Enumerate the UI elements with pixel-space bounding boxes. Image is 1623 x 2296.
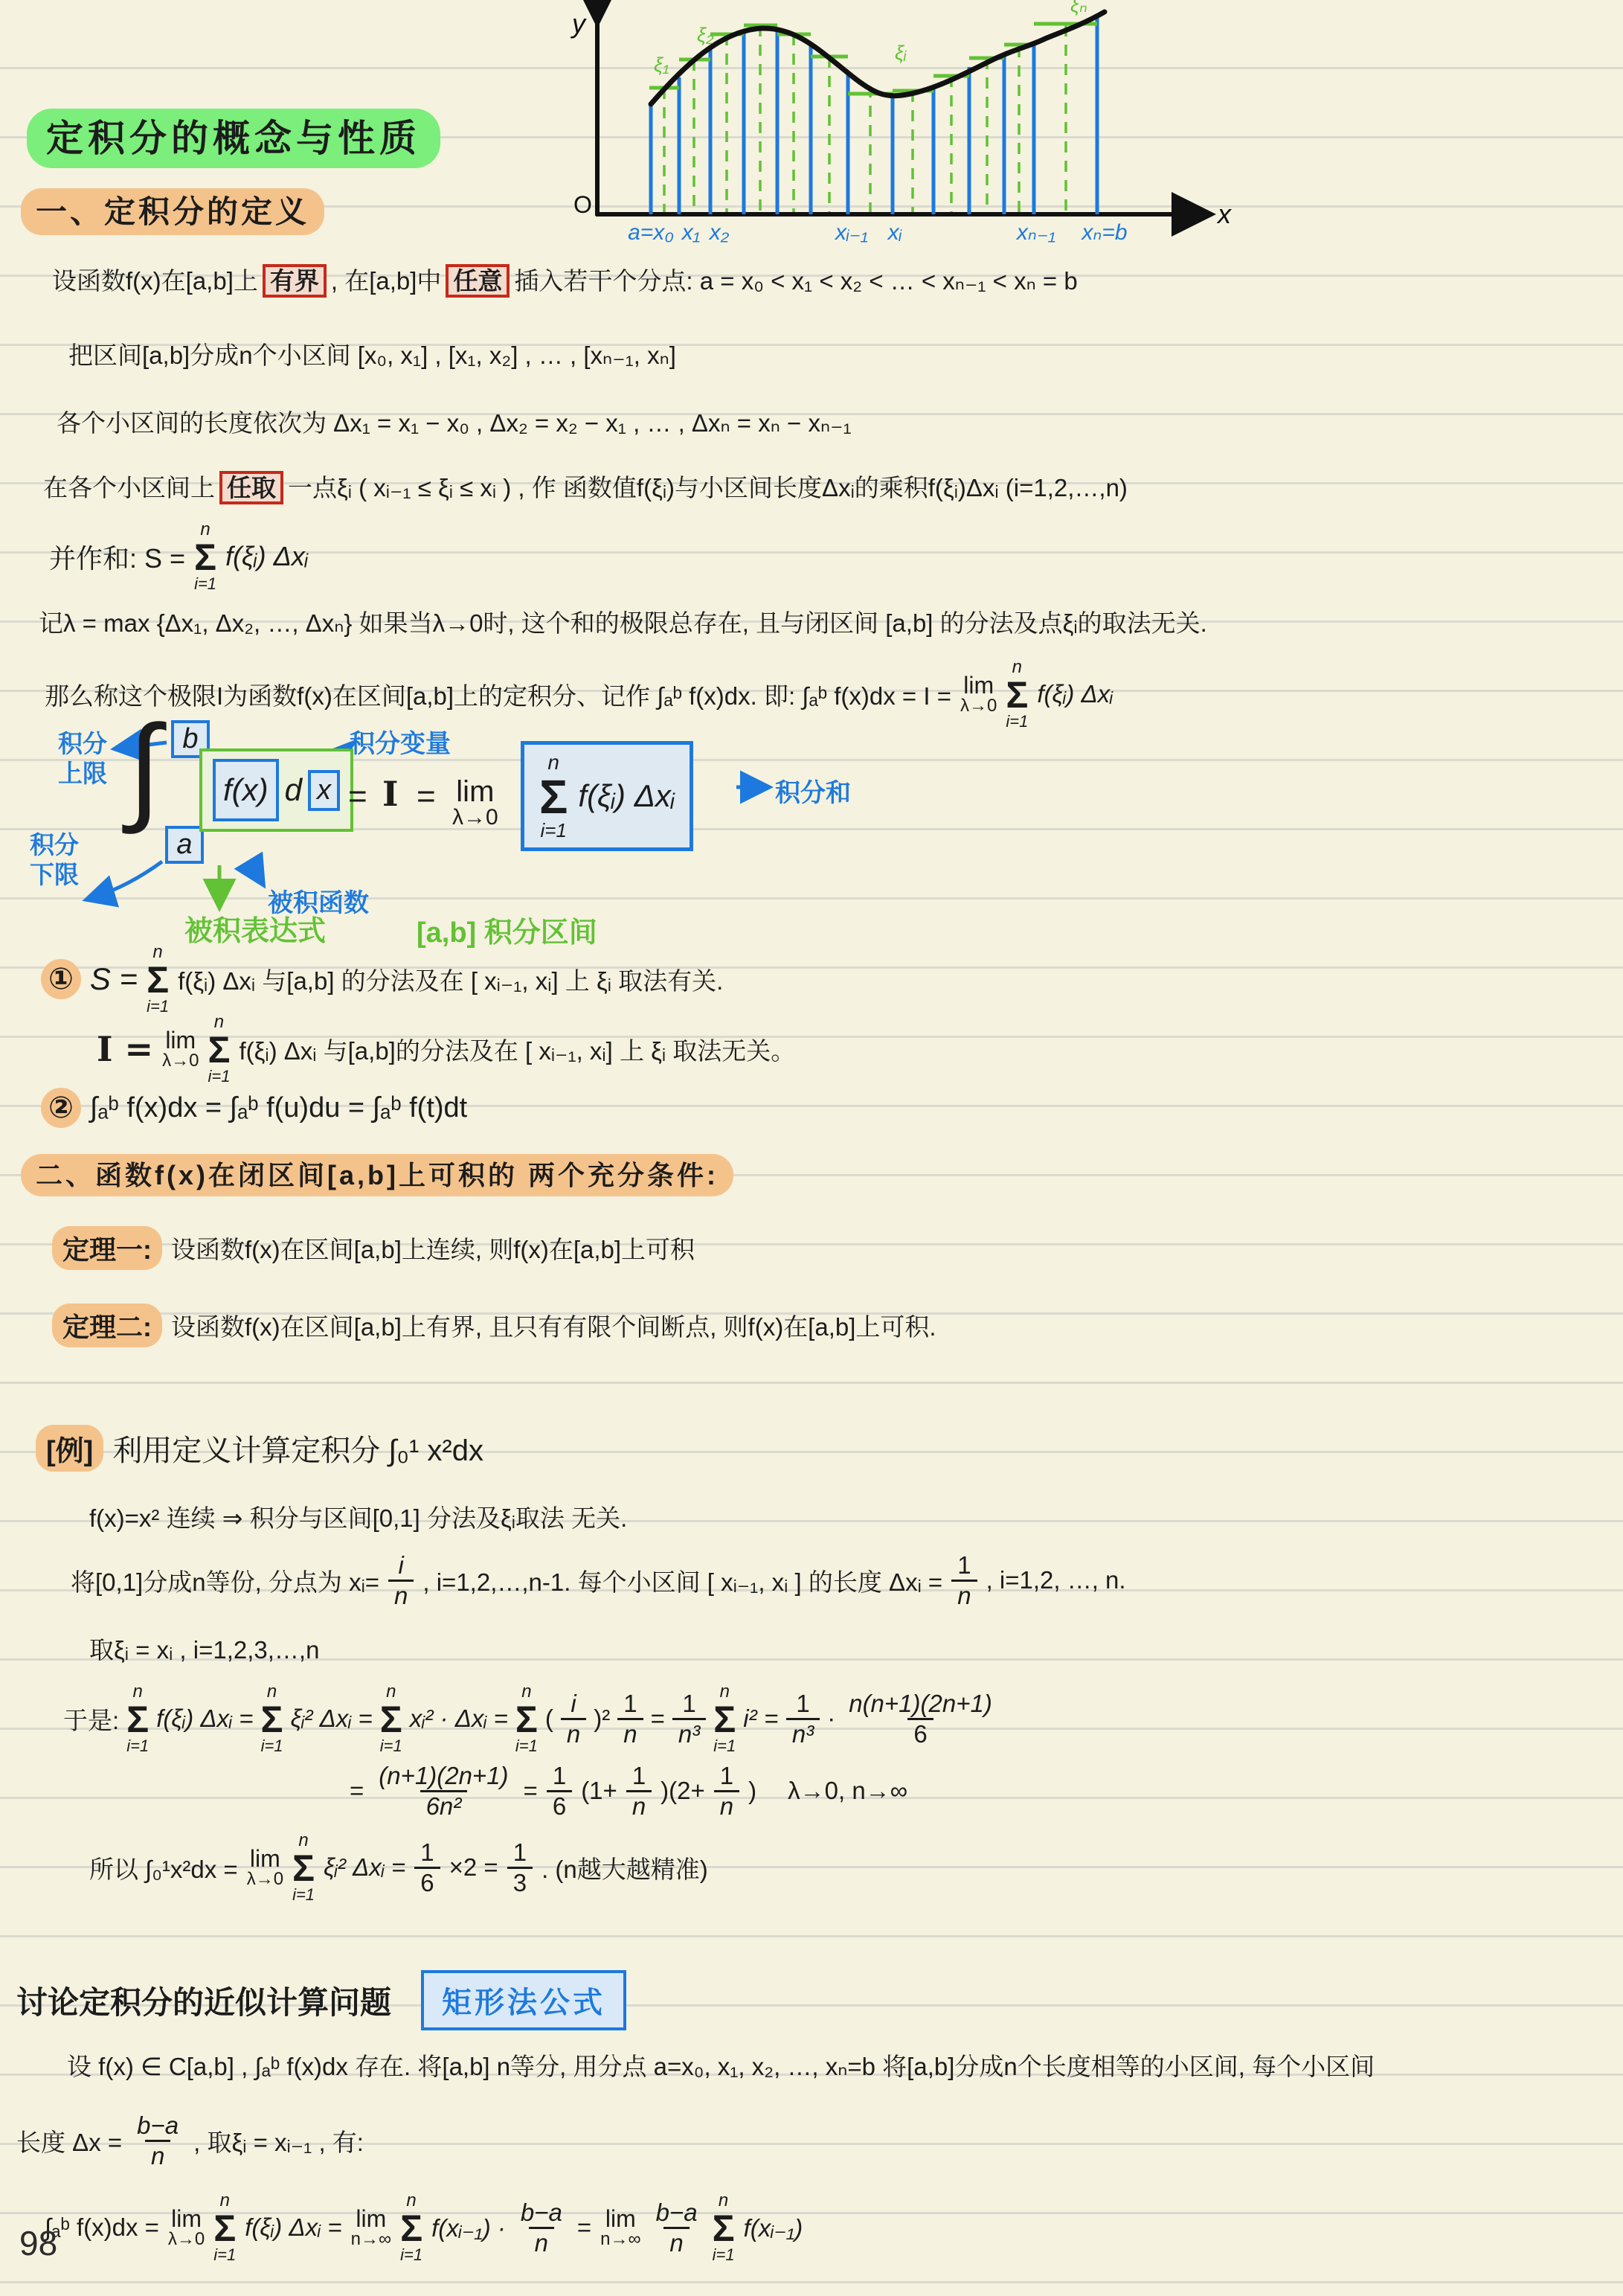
example-line-4: 于是: nΣi=1 f(ξᵢ) Δxᵢ = nΣi=1 ξᵢ² Δxᵢ = nΣ… [63, 1683, 998, 1754]
x2-label: x₂ [708, 220, 730, 245]
lower-limit-label: 积分下限 [30, 830, 79, 889]
limit-symbol: limλ→0 [162, 1028, 199, 1070]
text-run: f(ξᵢ) Δxᵢ [225, 541, 308, 572]
integrand-fx: f(x) [213, 759, 279, 821]
sum-symbol: nΣi=1 [539, 752, 568, 840]
page-title: 定积分的概念与性质 [27, 109, 440, 168]
differential-d: d [285, 772, 302, 808]
function-curve [651, 12, 1105, 104]
text-run: = [524, 1777, 538, 1805]
fraction: b−an [650, 2199, 704, 2257]
text-run: 所以 ∫₀¹x²dx = [89, 1850, 238, 1885]
sum-symbol: nΣi=1 [261, 1683, 283, 1754]
text-run: = [350, 1777, 364, 1805]
approx-heading-line: 讨论定积分的近似计算问题 矩形法公式 [16, 1970, 626, 2030]
def-line-2: 把区间[a,b]分成n个小区间 [x₀, x₁] , [x₁, x₂] , … … [68, 336, 676, 371]
text-run: . (n越大越精准) [541, 1850, 708, 1885]
rectangle-tops [649, 24, 1097, 94]
text-run: ξᵢ² Δxᵢ = [291, 1705, 373, 1733]
xim1-label: xᵢ₋₁ [834, 220, 868, 245]
variable-label: 积分变量 [350, 723, 451, 760]
text-run: 设函数f(x)在[a,b]上 [52, 267, 258, 295]
text-run: ( [545, 1705, 553, 1733]
text-run: (1+ [581, 1777, 617, 1805]
limit-symbol: limλ→0 [452, 777, 498, 829]
equals-sign: = [417, 778, 436, 815]
rectangle-method-box: 矩形法公式 [421, 1970, 626, 2030]
sum-note-label: 积分和 [775, 772, 851, 809]
expression-label: 被积表达式 [184, 908, 326, 949]
example-title-line: [例] 利用定义计算定积分 ∫₀¹ x²dx [36, 1425, 483, 1472]
example-line-3: 取ξᵢ = xᵢ , i=1,2,3,…,n [89, 1631, 319, 1666]
theorem-1-label: 定理一: [52, 1226, 162, 1270]
fraction: in [561, 1690, 586, 1748]
theorem-1-text: 设函数f(x)在区间[a,b]上连续, 则f(x)在[a,b]上可积 [171, 1231, 695, 1266]
arrow-to-integrand [249, 862, 262, 882]
approx-heading: 讨论定积分的近似计算问题 [16, 1978, 391, 2023]
fraction: 16 [547, 1762, 572, 1821]
sum-symbol: nΣi=1 [147, 943, 169, 1015]
fraction: 1n [626, 1762, 652, 1821]
sum-symbol: nΣi=1 [194, 521, 216, 592]
text-run: f(ξᵢ) Δxᵢ 与[a,b] 的分法及在 [ xᵢ₋₁, xᵢ] 上 ξᵢ … [178, 962, 723, 997]
fraction: b−an [515, 2199, 568, 2257]
x-axis-label: x [1216, 199, 1232, 229]
x1-label: x₁ [681, 220, 700, 245]
fraction: 13 [507, 1838, 533, 1897]
text-run: ξᵢ² Δxᵢ = [324, 1853, 405, 1882]
sum-symbol: nΣi=1 [126, 1683, 149, 1754]
def-line-4: 在各个小区间上任取一点ξᵢ ( xᵢ₋₁ ≤ ξᵢ ≤ xᵢ ) , 作 函数值… [43, 469, 1128, 504]
x0-label: a=x₀ [628, 220, 674, 245]
text-run: 于是: [63, 1702, 119, 1737]
fraction: n(n+1)(2n+1)6 [843, 1690, 998, 1748]
sum-symbol: nΣi=1 [515, 1683, 538, 1754]
text-run: f(xᵢ₋₁) [744, 2213, 803, 2242]
page-number: 98 [19, 2223, 57, 2263]
sum-symbol: nΣi=1 [713, 2192, 735, 2263]
example-line-2: 将[0,1]分成n等份, 分点为 xᵢ= in , i=1,2,…,n-1. 每… [71, 1551, 1126, 1610]
approx-line-1: 设 f(x) ∈ C[a,b] , ∫ₐᵇ f(x)dx 存在. 将[a,b] … [67, 2048, 1375, 2082]
text-run: ∫ₐᵇ f(x)dx = [45, 2213, 159, 2242]
y-axis-label: y [570, 8, 587, 39]
approx-formula-line: ∫ₐᵇ f(x)dx = limλ→0 nΣi=1 f(ξᵢ) Δxᵢ = li… [45, 2192, 803, 2263]
sum-symbol: nΣi=1 [400, 2192, 422, 2263]
section1-heading: 一、定积分的定义 [21, 188, 324, 235]
fraction: in [388, 1551, 414, 1610]
keyword-bounded: 有界 [263, 264, 327, 298]
circled-two: ② [41, 1088, 81, 1128]
limit-symbol: limn→∞ [351, 2207, 391, 2248]
xii-label: ξᵢ [895, 42, 907, 64]
text-run: , 在[a,b]中 [331, 267, 442, 295]
integral-sign: ∫ [128, 699, 161, 836]
theorem-2-text: 设函数f(x)在区间[a,b]上有界, 且只有有限个间断点, 则f(x)在[a,… [171, 1308, 936, 1343]
circled-one: ① [41, 959, 81, 999]
text-run: , i=1,2,…,n-1. 每个小区间 [ xᵢ₋₁, xᵢ ] 的长度 Δx… [422, 1563, 942, 1598]
def-line-3: 各个小区间的长度依次为 Δx₁ = x₁ − x₀ , Δx₂ = x₂ − x… [57, 404, 852, 439]
section2-heading: 二、函数f(x)在闭区间[a,b]上可积的 两个充分条件: [21, 1154, 733, 1196]
origin-label: O [573, 191, 592, 218]
text-run: 一点ξᵢ ( xᵢ₋₁ ≤ ξᵢ ≤ xᵢ ) , 作 函数值f(ξᵢ)与小区间… [288, 474, 1128, 501]
text-run: f(xᵢ₋₁) · [431, 2213, 506, 2242]
equals-sign: = [348, 778, 367, 815]
note-1-line: ① S = nΣi=1 f(ξᵢ) Δxᵢ 与[a,b] 的分法及在 [ xᵢ₋… [41, 943, 723, 1015]
limit-symbol: limλ→0 [247, 1847, 283, 1888]
theorem-2-label: 定理二: [52, 1303, 162, 1347]
text-run: 那么称这个极限I为函数f(x)在区间[a,b]上的定积分、记作 ∫ₐᵇ f(x)… [45, 677, 951, 712]
integrand-expression-box: f(x) d x [199, 748, 353, 832]
text-run: i² [743, 1705, 756, 1733]
text-run: S = [90, 961, 138, 997]
text-run: f(ξᵢ) Δxᵢ = [156, 1705, 253, 1733]
example-line-6: 所以 ∫₀¹x²dx = limλ→0 nΣi=1 ξᵢ² Δxᵢ = 16 ×… [89, 1832, 708, 1903]
theorem-2-line: 定理二: 设函数f(x)在区间[a,b]上有界, 且只有有限个间断点, 则f(x… [52, 1303, 936, 1347]
sum-body: f(ξᵢ) Δxᵢ [578, 778, 675, 814]
limit-value-I: I [382, 774, 399, 814]
fraction: 16 [414, 1838, 440, 1897]
fraction: (n+1)(2n+1)6n² [373, 1762, 514, 1821]
sum-symbol: nΣi=1 [713, 1683, 736, 1754]
theorem-1-line: 定理一: 设函数f(x)在区间[a,b]上连续, 则f(x)在[a,b]上可积 [52, 1226, 695, 1270]
text-run: , i=1,2, …, n. [986, 1566, 1126, 1594]
text-run: 插入若干个分点: a = x₀ < x₁ < x₂ < … < xₙ₋₁ < x… [514, 267, 1077, 295]
limit-symbol: limn→∞ [600, 2207, 640, 2248]
lower-bound-a: a [165, 826, 204, 864]
notebook-page: y x O [0, 0, 1623, 2296]
fraction: b−an [131, 2111, 184, 2170]
xnb-label: xₙ=b [1080, 220, 1127, 245]
keyword-pick-any: 任取 [219, 471, 283, 504]
xi-label: xᵢ [887, 220, 903, 245]
approx-line-2: 长度 Δx = b−an , 取ξᵢ = xᵢ₋₁ , 有: [16, 2111, 364, 2170]
fraction: 1n³ [786, 1690, 820, 1748]
xin-label: ξₙ [1070, 0, 1087, 16]
xi-sample-labels: ξ₁ ξ₂ ξᵢ ξₙ [654, 0, 1087, 76]
xi1-label: ξ₁ [654, 54, 669, 76]
text-run: · [827, 1705, 835, 1733]
limit-symbol: limλ→0 [960, 673, 997, 715]
text-run: )(2+ [661, 1777, 705, 1805]
fraction: 1n [617, 1690, 643, 1748]
sum-symbol: nΣi=1 [213, 2192, 236, 2263]
text-run: f(ξᵢ) Δxᵢ = [245, 2213, 341, 2242]
text-run: 将[0,1]分成n等份, 分点为 xᵢ= [71, 1563, 379, 1598]
limit-symbol: limλ→0 [168, 2207, 205, 2248]
text-run: = [765, 1705, 779, 1733]
fraction: 1n [714, 1762, 739, 1821]
xnm1-label: xₙ₋₁ [1015, 220, 1055, 245]
def-line-1: 设函数f(x)在[a,b]上有界, 在[a,b]中任意插入若干个分点: a = … [52, 262, 1078, 297]
text-run: I = [97, 1029, 153, 1069]
text-run: f(ξᵢ) Δxᵢ 与[a,b]的分法及在 [ xᵢ₋₁, xᵢ] 上 ξᵢ 取… [239, 1032, 795, 1067]
integral-anatomy-diagram: 积分上限 积分下限 ∫ b a f(x) d x 积分变量 = I = limλ… [0, 713, 1116, 958]
riemann-sum-graph: y x O [554, 0, 1238, 249]
riemann-sum-box: nΣi=1 f(ξᵢ) Δxᵢ [521, 741, 693, 851]
text-run: ) [748, 1777, 756, 1805]
text-run: ∫ₐᵇ f(x)dx = ∫ₐᵇ f(u)du = ∫ₐᵇ f(t)dt [90, 1092, 467, 1124]
text-run: )² [594, 1705, 610, 1733]
xi2-label: ξ₂ [697, 24, 714, 46]
upper-limit-label: 积分上限 [58, 729, 107, 788]
text-run: = [577, 2213, 591, 2242]
x-axis-partition-labels: a=x₀ x₁ x₂ xᵢ₋₁ xᵢ xₙ₋₁ xₙ=b [628, 220, 1128, 245]
text-run: f(ξᵢ) Δxᵢ [1037, 680, 1113, 708]
text-run: = [651, 1705, 665, 1733]
note-3-line: ② ∫ₐᵇ f(x)dx = ∫ₐᵇ f(u)du = ∫ₐᵇ f(t)dt [41, 1088, 467, 1128]
riemann-sum-line: 并作和: S = nΣi=1 f(ξᵢ) Δxᵢ [49, 521, 308, 592]
fraction: 1n³ [672, 1690, 706, 1748]
example-line-1: f(x)=x² 连续 ⇒ 积分与区间[0,1] 分法及ξᵢ取法 无关. [89, 1499, 627, 1534]
sum-symbol: nΣi=1 [292, 1832, 315, 1903]
text-run: 长度 Δx = [16, 2123, 122, 2158]
sum-symbol: nΣi=1 [380, 1683, 402, 1754]
text-run: xᵢ² · Δxᵢ = [410, 1705, 508, 1733]
sum-symbol: nΣi=1 [208, 1013, 230, 1085]
example-label: [例] [36, 1425, 103, 1472]
integration-variable-x: x [308, 770, 340, 811]
lambda-line: 记λ = max {Δx₁, Δx₂, …, Δxₙ} 如果当λ→0时, 这个和… [39, 604, 1207, 639]
text-run: ×2 = [449, 1853, 498, 1882]
text-run: 并作和: S = [49, 538, 185, 576]
example-line-5: = (n+1)(2n+1)6n² = 16 (1+ 1n )(2+ 1n ) λ… [350, 1762, 907, 1821]
limit-note: λ→0, n→∞ [788, 1777, 907, 1805]
keyword-arbitrary: 任意 [446, 264, 510, 298]
arrow-to-lower-limit [89, 862, 162, 899]
fraction: 1n [951, 1551, 977, 1610]
text-run: , 取ξᵢ = xᵢ₋₁ , 有: [193, 2123, 364, 2158]
note-2-line: I = limλ→0 nΣi=1 f(ξᵢ) Δxᵢ 与[a,b]的分法及在 [… [97, 1013, 795, 1085]
example-title: 利用定义计算定积分 ∫₀¹ x²dx [112, 1427, 483, 1469]
text-run: 在各个小区间上 [43, 474, 215, 501]
